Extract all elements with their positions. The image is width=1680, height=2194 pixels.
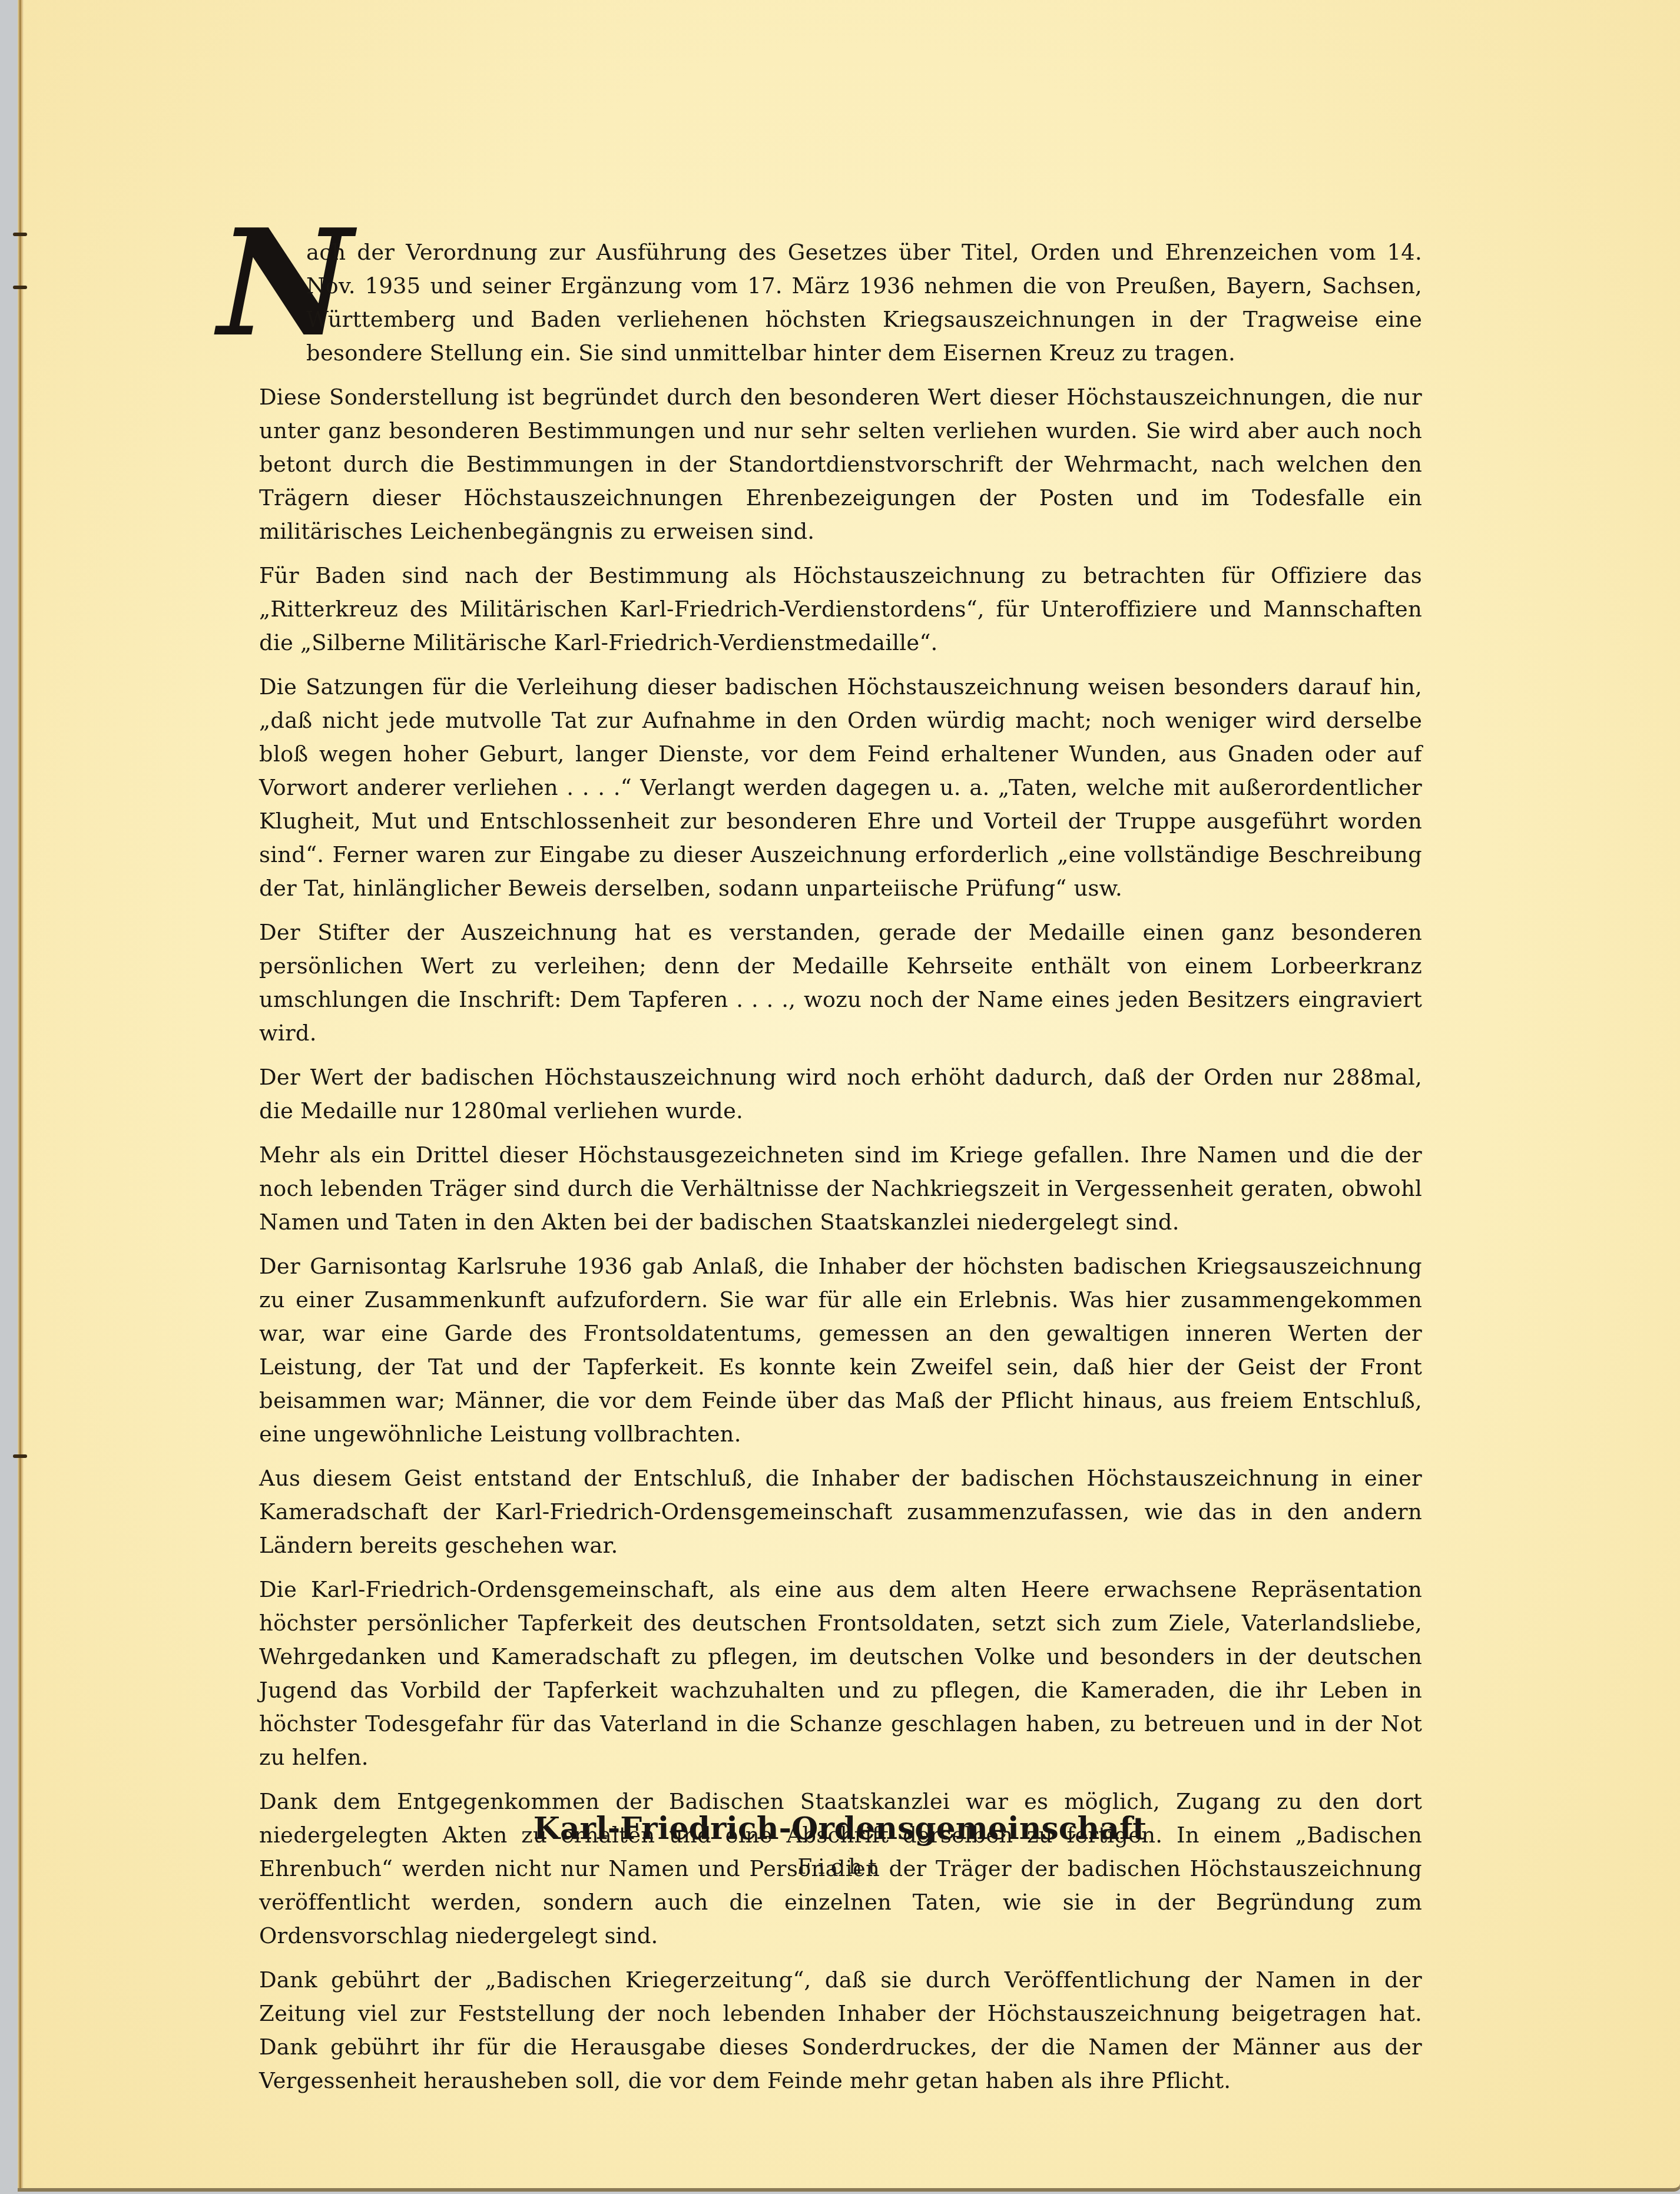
staple-mark — [13, 1454, 27, 1458]
paragraph: Mehr als ein Drittel dieser Höchstausgez… — [259, 1138, 1422, 1239]
signature-organization: Karl-Friedrich-Ordensgemeinschaft — [0, 1811, 1680, 1847]
paragraph: Der Stifter der Auszeichnung hat es vers… — [259, 916, 1422, 1050]
paragraph: Der Garnisontag Karlsruhe 1936 gab Anlaß… — [259, 1250, 1422, 1451]
paragraph-text: ach der Verordnung zur Ausführung des Ge… — [306, 240, 1422, 366]
drop-cap: N — [218, 224, 300, 347]
staple-mark — [13, 233, 27, 236]
paragraph-intro: N ach der Verordnung zur Ausführung des … — [259, 236, 1422, 370]
signature-name: Ficht — [0, 1855, 1680, 1879]
paragraph: Der Wert der badischen Höchstauszeichnun… — [259, 1060, 1422, 1128]
paragraph: Für Baden sind nach der Bestimmung als H… — [259, 559, 1422, 659]
paragraph: Die Satzungen für die Verleihung dieser … — [259, 670, 1422, 905]
paragraph: Die Karl-Friedrich-Ordensgemeinschaft, a… — [259, 1573, 1422, 1774]
paragraph: Dank gebührt der „Badischen Kriegerzeitu… — [259, 1963, 1422, 2097]
paragraph: Diese Sonderstellung ist begründet durch… — [259, 380, 1422, 548]
paragraph: Aus diesem Geist entstand der Entschluß,… — [259, 1461, 1422, 1562]
staple-mark — [13, 286, 27, 289]
